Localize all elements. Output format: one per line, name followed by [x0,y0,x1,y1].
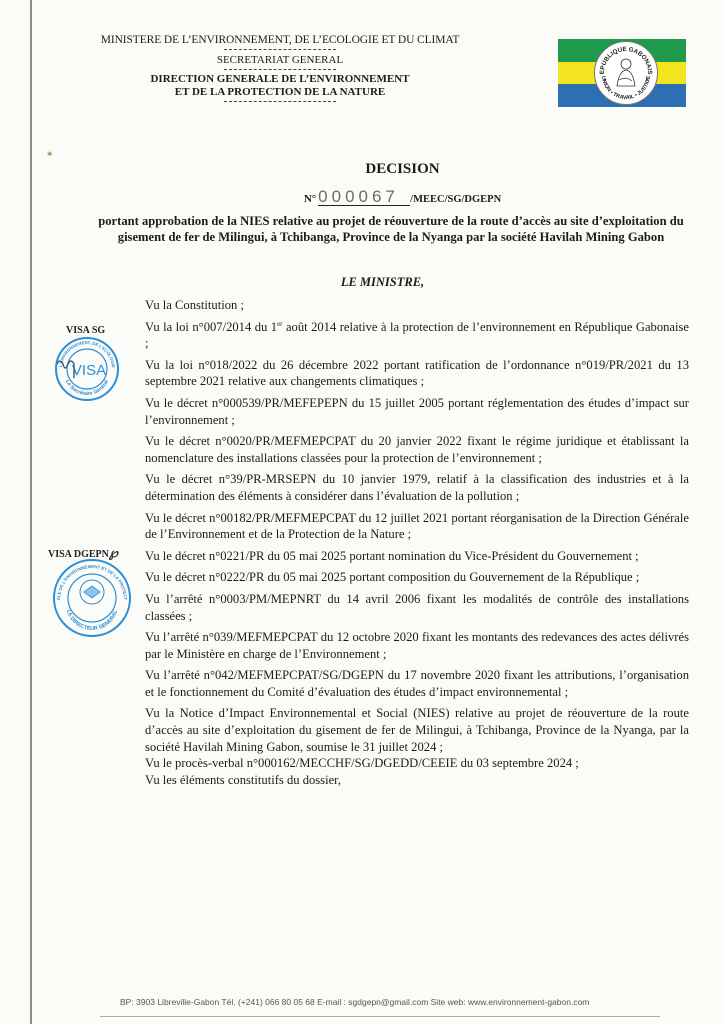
visa-item: Vu le décret n°00182/PR/MEFMEPCPAT du 12… [145,510,689,543]
direction-name-line2: ET DE LA PROTECTION DE LA NATURE [80,86,480,99]
decision-number: 000067 [318,189,410,206]
visa-item: Vu le décret n°0221/PR du 05 mai 2025 po… [145,548,689,565]
divider [224,101,336,102]
visa-item: Vu la Constitution ; [145,297,689,314]
divider [224,69,336,70]
visa-item: Vu les éléments constitutifs du dossier, [145,772,689,789]
svg-text:UNION • TRAVAIL • JUSTICE: UNION • TRAVAIL • JUSTICE [600,75,652,101]
letterhead: MINISTERE DE L’ENVIRONNEMENT, DE L’ECOLO… [80,33,480,105]
secretariat-name: SECRETARIAT GENERAL [80,53,480,67]
number-suffix: /MEEC/SG/DGEPN [410,194,501,205]
visa-dgepn-stamp: DIRECTION GENERALE DE L'ENVIRONNEMENT ET… [52,558,132,638]
gabon-flag-emblem: REPUBLIQUE GABONAISE UNION • TRAVAIL • J… [558,39,686,107]
visa-item: Vu le décret n°000539/PR/MEFEPEPN du 15 … [145,395,689,428]
decision-title: DECISION [40,161,725,178]
visa-item: Vu le décret n°0020/PR/MEFMEPCPAT du 20 … [145,433,689,466]
visa-item: Vu la loi n°018/2022 du 26 décembre 2022… [145,357,689,390]
visa-item: Vu le décret n°0222/PR du 05 mai 2025 po… [145,569,689,586]
footer-contact: BP: 3903 Libreville-Gabon Tél. (+241) 06… [120,997,640,1007]
visa-item: Vu l’arrêté n°039/MEFMEPCPAT du 12 octob… [145,629,689,662]
direction-name-line1: DIRECTION GENERALE DE L’ENVIRONNEMENT [80,73,480,86]
visa-item: Vu la Notice d’Impact Environnemental et… [145,705,689,755]
visa-item: Vu l’arrêté n°0003/PM/MEPNRT du 14 avril… [145,591,689,624]
footer-rule [100,1016,660,1017]
coat-of-arms-seal-icon: REPUBLIQUE GABONAISE UNION • TRAVAIL • J… [594,41,658,105]
decision-subject: portant approbation de la NIES relative … [96,214,686,245]
visa-sg-label: VISA SG [66,325,105,336]
visa-item: Vu la loi n°007/2014 du 1er août 2014 re… [145,319,689,352]
divider [224,49,336,50]
ministry-name: MINISTERE DE L’ENVIRONNEMENT, DE L’ECOLO… [80,33,480,47]
visa-item: Vu l’arrêté n°042/MEFMEPCPAT/SG/DGEPN du… [145,667,689,700]
visa-item: Vu le procès-verbal n°000162/MECCHF/SG/D… [145,755,689,772]
svg-text:VISA: VISA [72,362,106,379]
svg-text:REPUBLIQUE GABONAISE: REPUBLIQUE GABONAISE [595,42,653,75]
visas-list: Vu la Constitution ;Vu la loi n°007/2014… [145,297,689,793]
authority-heading: LE MINISTRE, [0,275,725,290]
page-margin-rule [30,0,32,1024]
visa-item: Vu le décret n°39/PR-MRSEPN du 10 janvie… [145,471,689,504]
number-prefix: N° [304,193,316,205]
visa-sg-stamp: MINISTERE DE L'ENVIRONNEMENT, DE L'ECOLO… [54,336,120,402]
decision-number-line: N°000067/MEEC/SG/DGEPN [40,189,725,206]
scan-mark-icon: ✶ [46,149,54,160]
